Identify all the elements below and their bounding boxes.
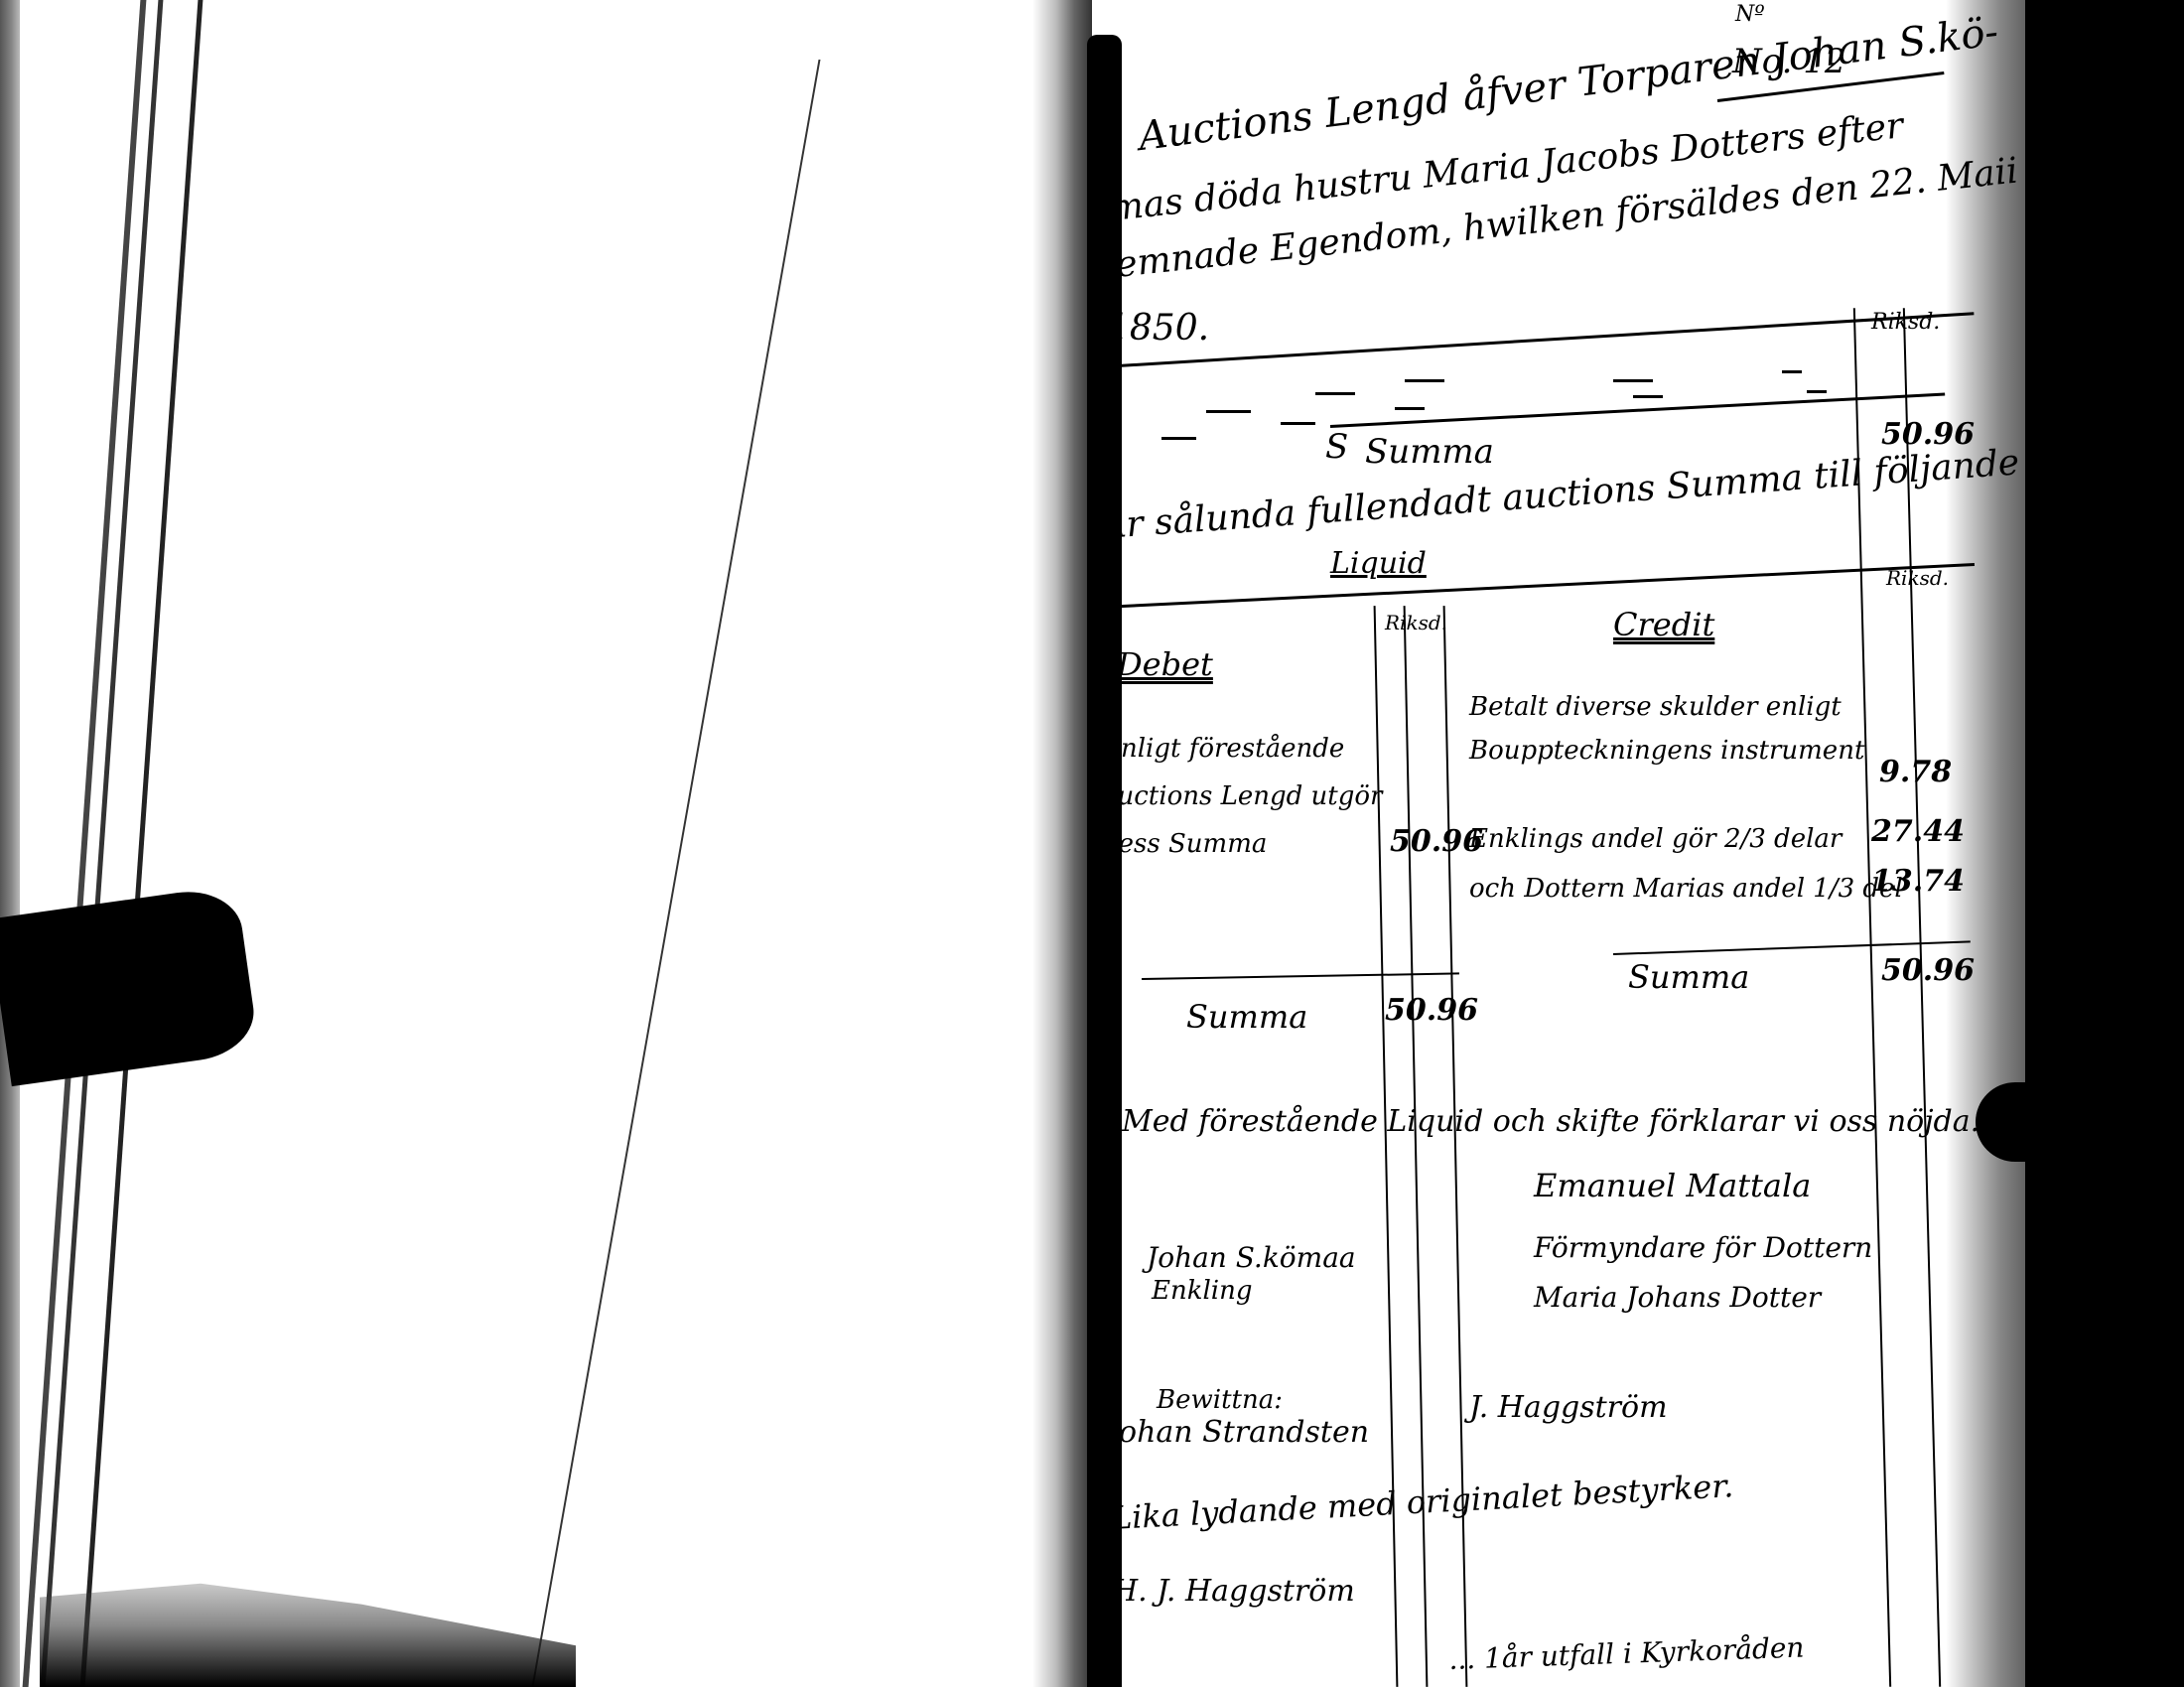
scan-background <box>2025 0 2184 1687</box>
credit-entry-3-text: och Dottern Marias andel 1/3 del <box>1469 874 1903 904</box>
closing-statement: Med förestående Liquid och skifte förkla… <box>1122 1082 1995 1162</box>
page-fold-line <box>532 60 821 1687</box>
dash <box>1405 379 1444 382</box>
carry-summa-prefix: S <box>1325 427 1348 467</box>
credit-entry-1-amount: 9.78 <box>1879 755 1952 789</box>
credit-summa-amount: 50.96 <box>1881 953 1975 988</box>
transition-line-2: Liquid <box>1330 546 1427 581</box>
page-edge-line <box>23 0 147 1687</box>
dash <box>1782 370 1802 373</box>
debet-summa-label: Summa <box>1186 998 1307 1036</box>
dash <box>1281 422 1315 425</box>
dash <box>1633 395 1663 398</box>
dash <box>1161 437 1196 440</box>
signature-right-4: J. Haggström <box>1469 1390 1668 1425</box>
credit-summa-label: Summa <box>1628 958 1749 996</box>
corner-mark: Nº <box>1735 2 1765 27</box>
credit-heading: Credit <box>1613 606 1714 643</box>
credit-column-head: Riksd. <box>1886 566 1949 590</box>
credit-entry-2-amount: 27.44 <box>1871 814 1965 849</box>
dash <box>1807 390 1827 393</box>
book-gutter <box>1032 0 1092 1687</box>
header-line-4: 1850. <box>1107 308 1209 349</box>
signature-right-1: Emanuel Mattala <box>1534 1167 1811 1204</box>
credit-entry-2-text: Enklings andel gör 2/3 delar <box>1469 824 1842 854</box>
dash <box>1315 392 1355 395</box>
debet-column-head: Riksd. <box>1385 611 1447 634</box>
dash <box>1613 379 1653 382</box>
signature-right-3: Maria Johans Dotter <box>1534 1281 1821 1314</box>
column-head-riksd: Riksd. <box>1871 310 1940 335</box>
finger-holding-page <box>0 885 259 1086</box>
credit-entry-3-amount: 13.74 <box>1871 864 1965 899</box>
page-shadow <box>40 1549 576 1687</box>
dash <box>1395 407 1425 410</box>
credit-entry-1-text: Betalt diverse skulder enligt Bouppteckn… <box>1469 685 1866 773</box>
debet-heading: Debet <box>1117 645 1213 683</box>
book-edge-left <box>0 0 20 1687</box>
debet-entry-text: Enligt förestående auctions Lengd utgör … <box>1102 725 1390 868</box>
signature-left-2: Enkling <box>1152 1276 1253 1306</box>
signature-left-1: Johan S.kömaa <box>1147 1241 1356 1274</box>
carry-summa-label: Summa <box>1365 432 1494 472</box>
signature-left-4: Johan Strandsten <box>1107 1415 1369 1450</box>
debet-summa-amount: 50.96 <box>1385 993 1478 1028</box>
signature-left-3: Bewittna: <box>1157 1385 1283 1415</box>
certifier-signature: H. J. Haggström <box>1112 1574 1355 1609</box>
signature-right-2: Förmyndare för Dottern <box>1534 1231 1872 1264</box>
dash <box>1206 410 1251 413</box>
